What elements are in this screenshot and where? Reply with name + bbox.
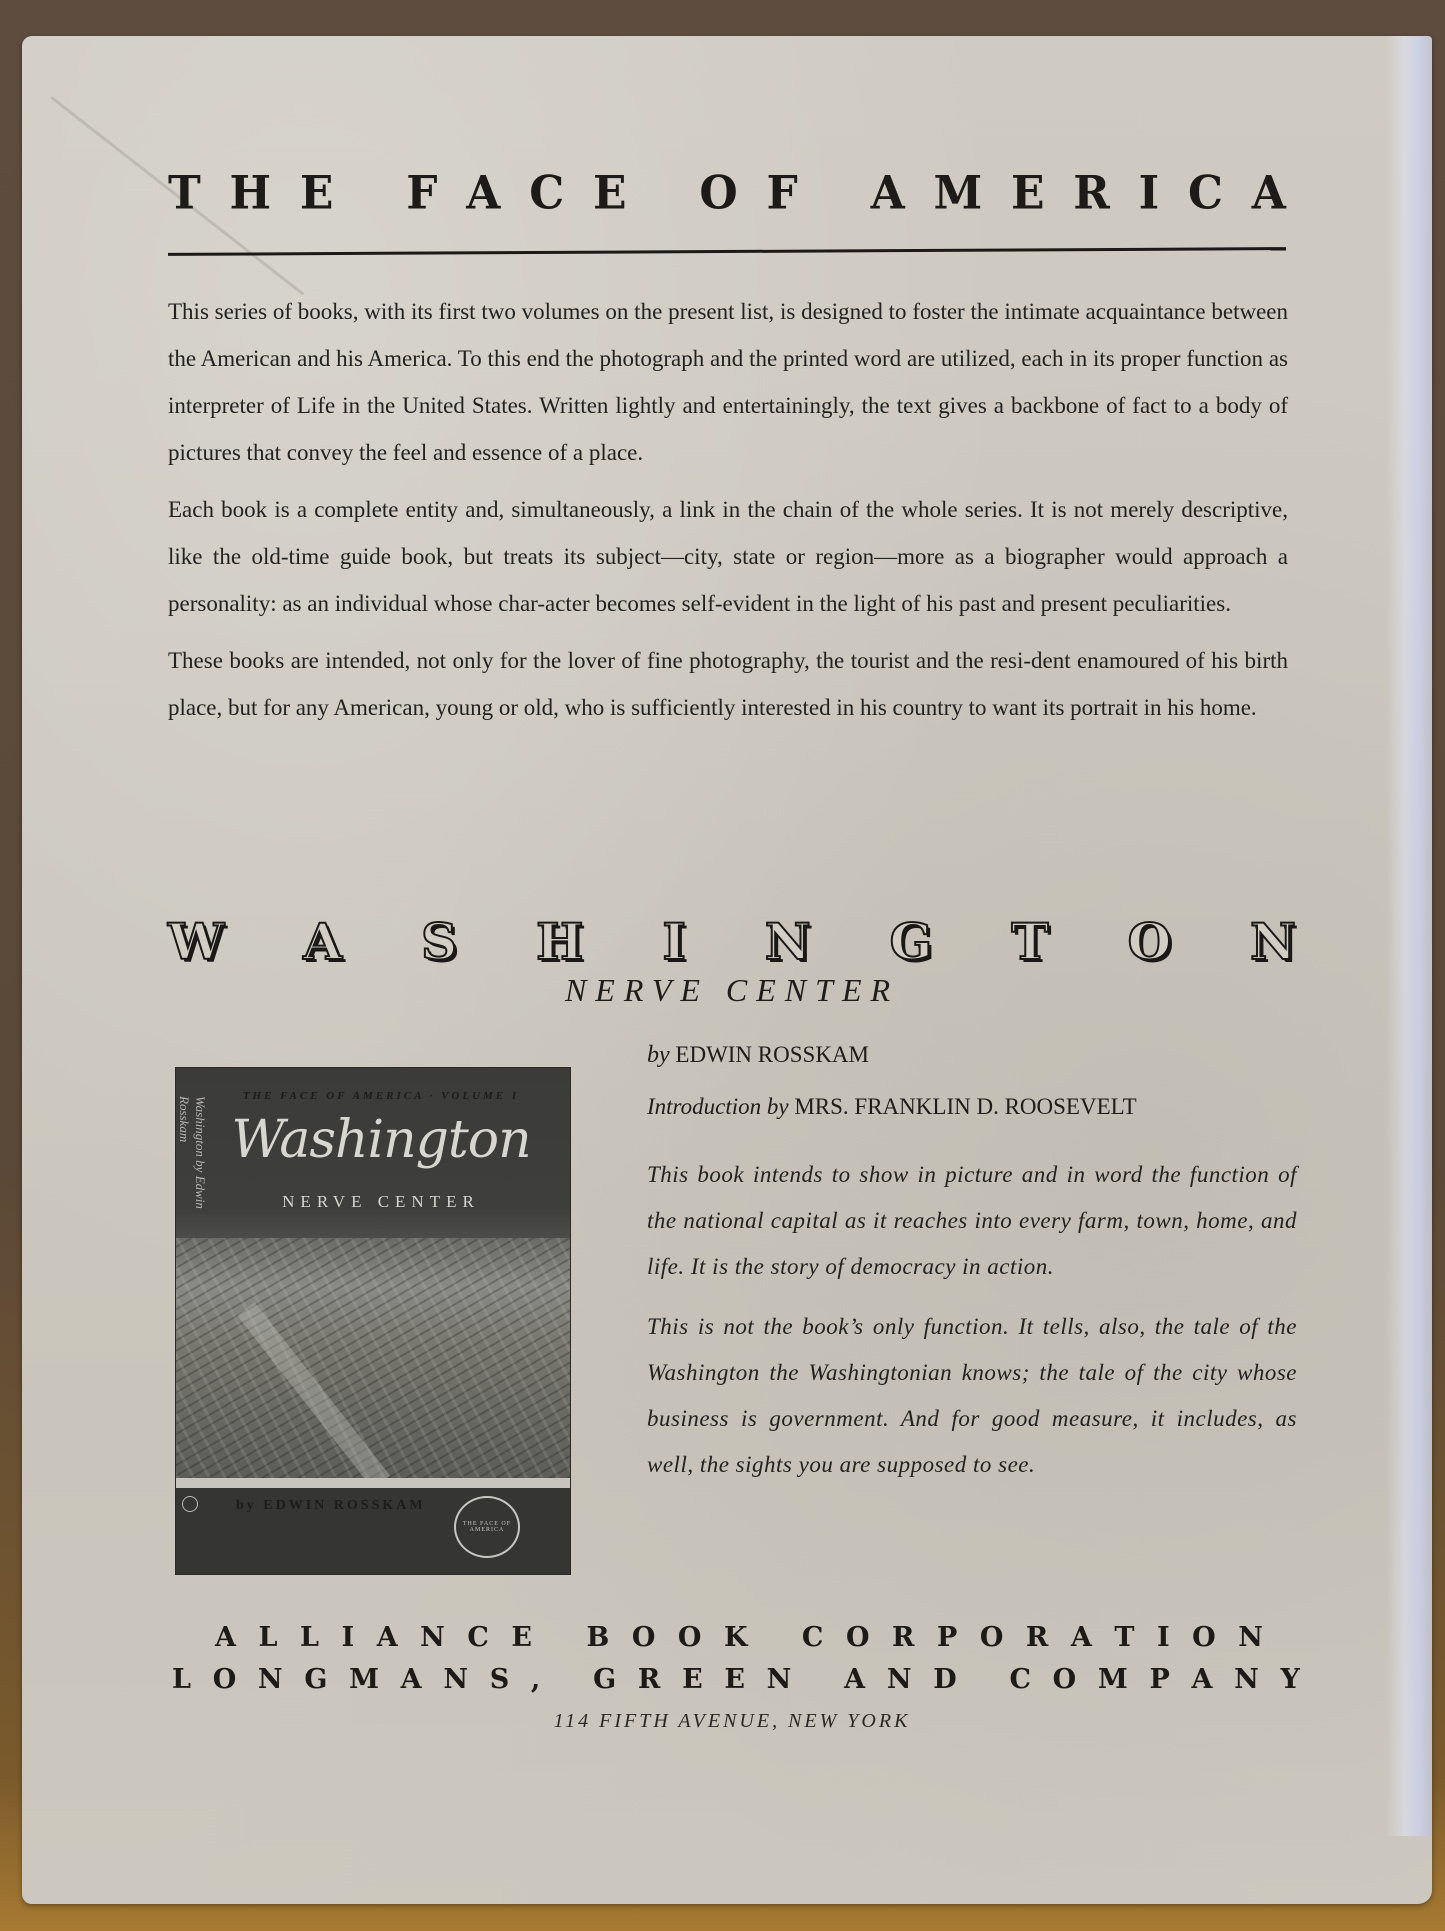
series-description: This series of books, with its first two… xyxy=(168,288,1288,741)
intro-paragraph-2: Each book is a complete entity and, simu… xyxy=(168,486,1288,627)
mylar-cover-sheen xyxy=(1386,36,1432,1836)
book-details: by EDWIN ROSSKAM Introduction by MRS. FR… xyxy=(647,1040,1297,1502)
intro-author: MRS. FRANKLIN D. ROOSEVELT xyxy=(794,1094,1136,1119)
cover-script-title: Washington xyxy=(206,1110,556,1170)
book-subtitle: NERVE CENTER xyxy=(168,972,1296,1009)
byline-prefix: by xyxy=(647,1042,670,1068)
book-title: WASHINGTON xyxy=(168,912,1296,971)
book-description: This book intends to show in picture and… xyxy=(647,1152,1297,1488)
introduction-credit: Introduction by MRS. FRANKLIN D. ROOSEVE… xyxy=(647,1092,1297,1122)
cover-band-author: by EDWIN ROSSKAM xyxy=(236,1498,426,1514)
publisher-line-1: ALLIANCE BOOK CORPORATION xyxy=(215,1622,1263,1653)
cover-subtitle: NERVE CENTER xyxy=(206,1192,556,1212)
intro-paragraph-3: These books are intended, not only for t… xyxy=(168,637,1288,731)
author-name: EDWIN ROSSKAM xyxy=(675,1042,869,1067)
intro-prefix: Introduction by xyxy=(647,1094,789,1119)
description-paragraph-2: This is not the book’s only function. It… xyxy=(647,1304,1297,1488)
cover-spine-text: Washington by Edwin Rosskam xyxy=(182,1096,208,1246)
cover-series-line: THE FACE OF AMERICA · VOLUME I xyxy=(216,1090,546,1102)
author-byline: by EDWIN ROSSKAM xyxy=(647,1040,1297,1070)
cover-aerial-photo xyxy=(176,1238,570,1478)
description-paragraph-1: This book intends to show in picture and… xyxy=(647,1152,1297,1290)
publisher-logo-icon xyxy=(182,1496,198,1512)
intro-paragraph-1: This series of books, with its first two… xyxy=(168,288,1288,476)
cover-band-gap xyxy=(176,1478,570,1488)
publisher-line-2: LONGMANS, GREEN AND COMPANY xyxy=(172,1664,1300,1695)
cover-bottom-band: by EDWIN ROSSKAM THE FACE OF AMERICA xyxy=(176,1488,570,1574)
book-cover-image: THE FACE OF AMERICA · VOLUME I Washingto… xyxy=(176,1068,570,1574)
face-of-america-seal-icon: THE FACE OF AMERICA xyxy=(454,1496,520,1558)
series-header: THE FACE OF AMERICA xyxy=(168,167,1286,221)
publisher-address: 114 FIFTH AVENUE, NEW YORK xyxy=(168,1710,1296,1733)
